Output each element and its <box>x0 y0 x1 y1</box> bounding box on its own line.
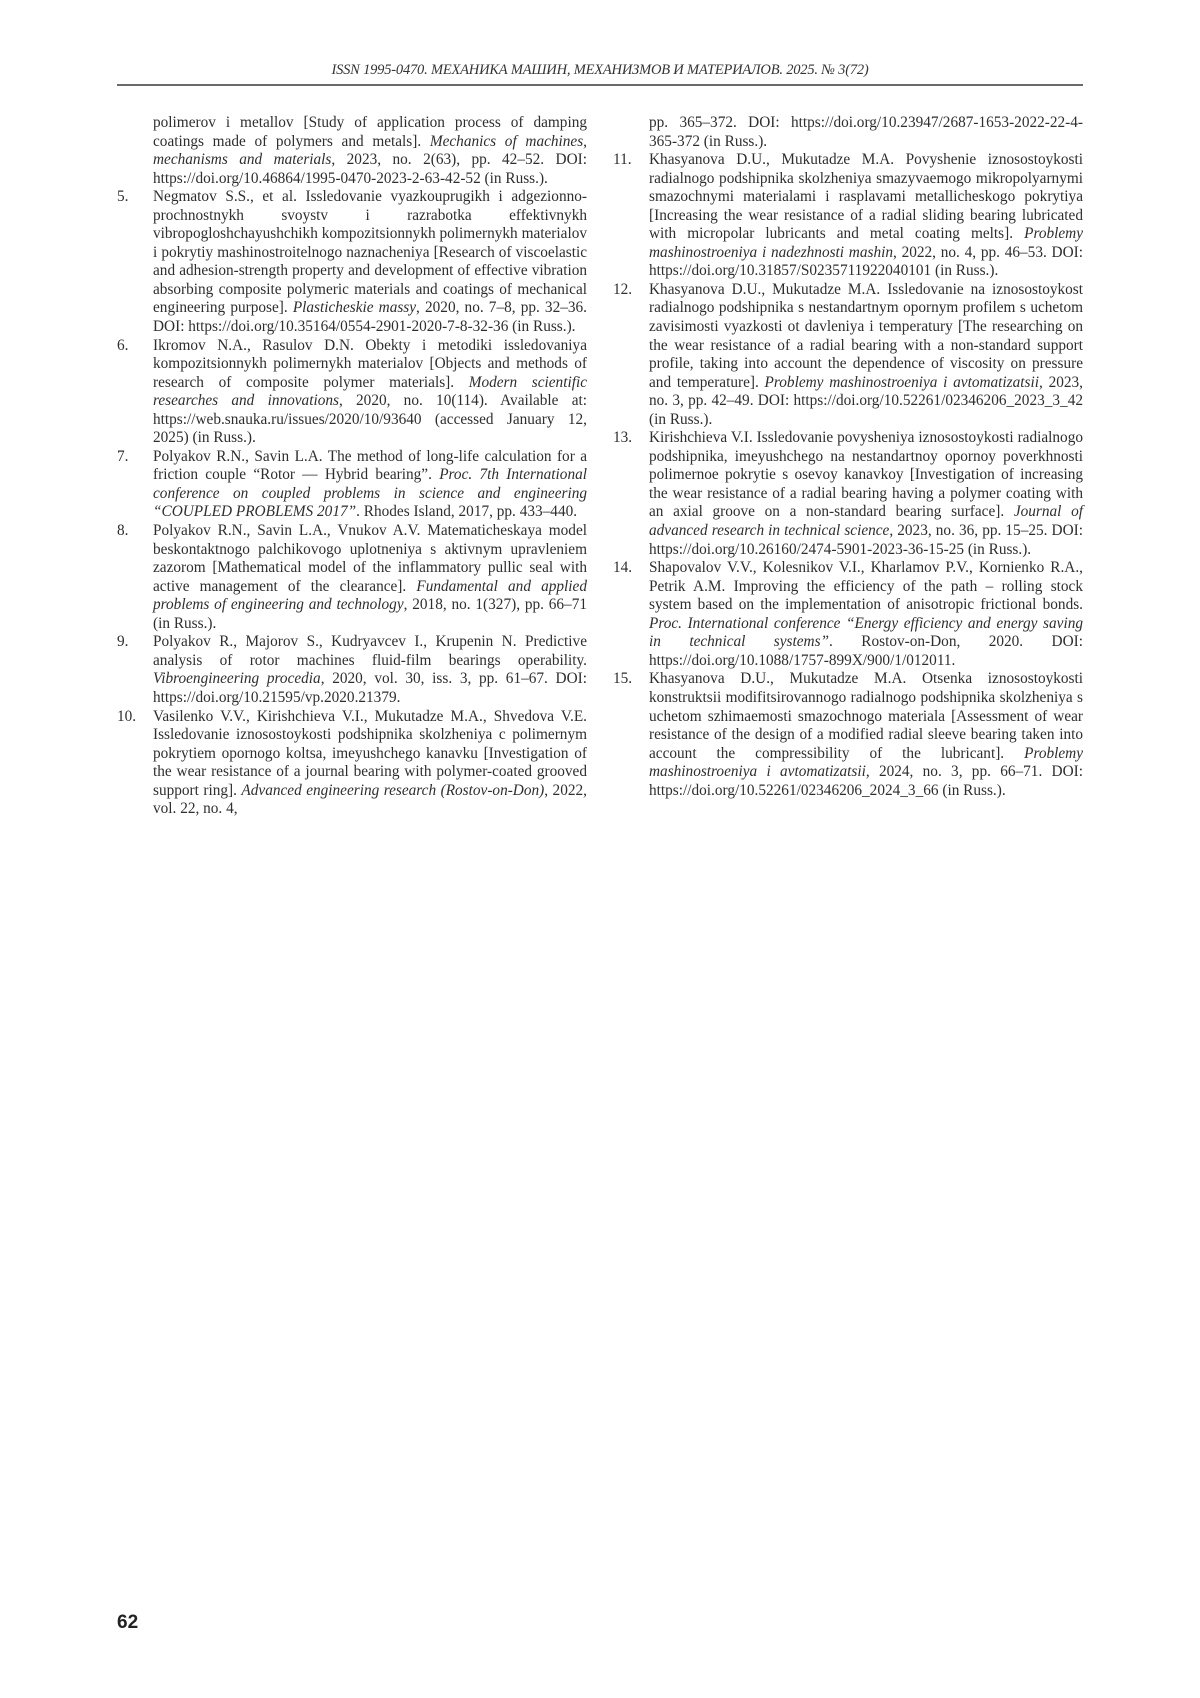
reference-item: 11. Khasyanova D.U., Mukutadze M.A. Povy… <box>613 151 1083 281</box>
ref-text: Negmatov S.S., et al. Issledovanie vyazk… <box>153 188 587 316</box>
ref-number: 10. <box>117 708 136 727</box>
reference-item: 7. Polyakov R.N., Savin L.A. The method … <box>117 448 587 522</box>
ref-number: 15. <box>613 670 632 689</box>
left-column: polimerov i metallov [Study of applicati… <box>117 114 587 819</box>
ref-number: 13. <box>613 429 632 448</box>
ref-number: 7. <box>117 448 128 467</box>
running-header: ISSN 1995-0470. МЕХАНИКА МАШИН, МЕХАНИЗМ… <box>117 62 1083 79</box>
ref-journal: Vibroengineering procedia <box>153 670 321 687</box>
reference-item: 8. Polyakov R.N., Savin L.A., Vnukov A.V… <box>117 522 587 633</box>
reference-continuation: polimerov i metallov [Study of applicati… <box>117 114 587 188</box>
reference-item: 6. Ikromov N.A., Rasulov D.N. Obekty i m… <box>117 337 587 448</box>
ref-text: Khasyanova D.U., Mukutadze M.A. Otsenka … <box>649 670 1083 761</box>
ref-details: . Rhodes Island, 2017, pp. 433–440. <box>356 503 577 520</box>
reference-item: 9. Polyakov R., Majorov S., Kudryavcev I… <box>117 633 587 707</box>
reference-item: 13. Kirishchieva V.I. Issledovanie povys… <box>613 429 1083 559</box>
ref-number: 6. <box>117 337 128 356</box>
ref-number: 12. <box>613 281 632 300</box>
reference-item: 15. Khasyanova D.U., Mukutadze M.A. Otse… <box>613 670 1083 800</box>
header-divider <box>117 84 1083 86</box>
ref-number: 11. <box>613 151 632 170</box>
page-number: 62 <box>117 1612 138 1634</box>
ref-journal: Advanced engineering research (Rostov-on… <box>241 782 544 799</box>
ref-number: 8. <box>117 522 128 541</box>
reference-item: 14. Shapovalov V.V., Kolesnikov V.I., Kh… <box>613 559 1083 670</box>
ref-journal: Problemy mashinostroeniya i avtomatizats… <box>765 374 1039 391</box>
reference-item: 5. Negmatov S.S., et al. Issledovanie vy… <box>117 188 587 336</box>
ref-number: 9. <box>117 633 128 652</box>
ref-text: Khasyanova D.U., Mukutadze M.A. Povyshen… <box>649 151 1083 242</box>
reference-continuation: pp. 365–372. DOI: https://doi.org/10.239… <box>613 114 1083 151</box>
ref-journal: Plasticheskie massy <box>293 299 416 316</box>
right-column: pp. 365–372. DOI: https://doi.org/10.239… <box>613 114 1083 800</box>
ref-text: Polyakov R., Majorov S., Kudryavcev I., … <box>153 633 587 669</box>
reference-item: 10. Vasilenko V.V., Kirishchieva V.I., M… <box>117 708 587 819</box>
ref-text: pp. 365–372. DOI: https://doi.org/10.239… <box>649 114 1083 150</box>
ref-number: 14. <box>613 559 632 578</box>
reference-item: 12. Khasyanova D.U., Mukutadze M.A. Issl… <box>613 281 1083 429</box>
ref-text: Shapovalov V.V., Kolesnikov V.I., Kharla… <box>649 559 1083 613</box>
ref-number: 5. <box>117 188 128 207</box>
